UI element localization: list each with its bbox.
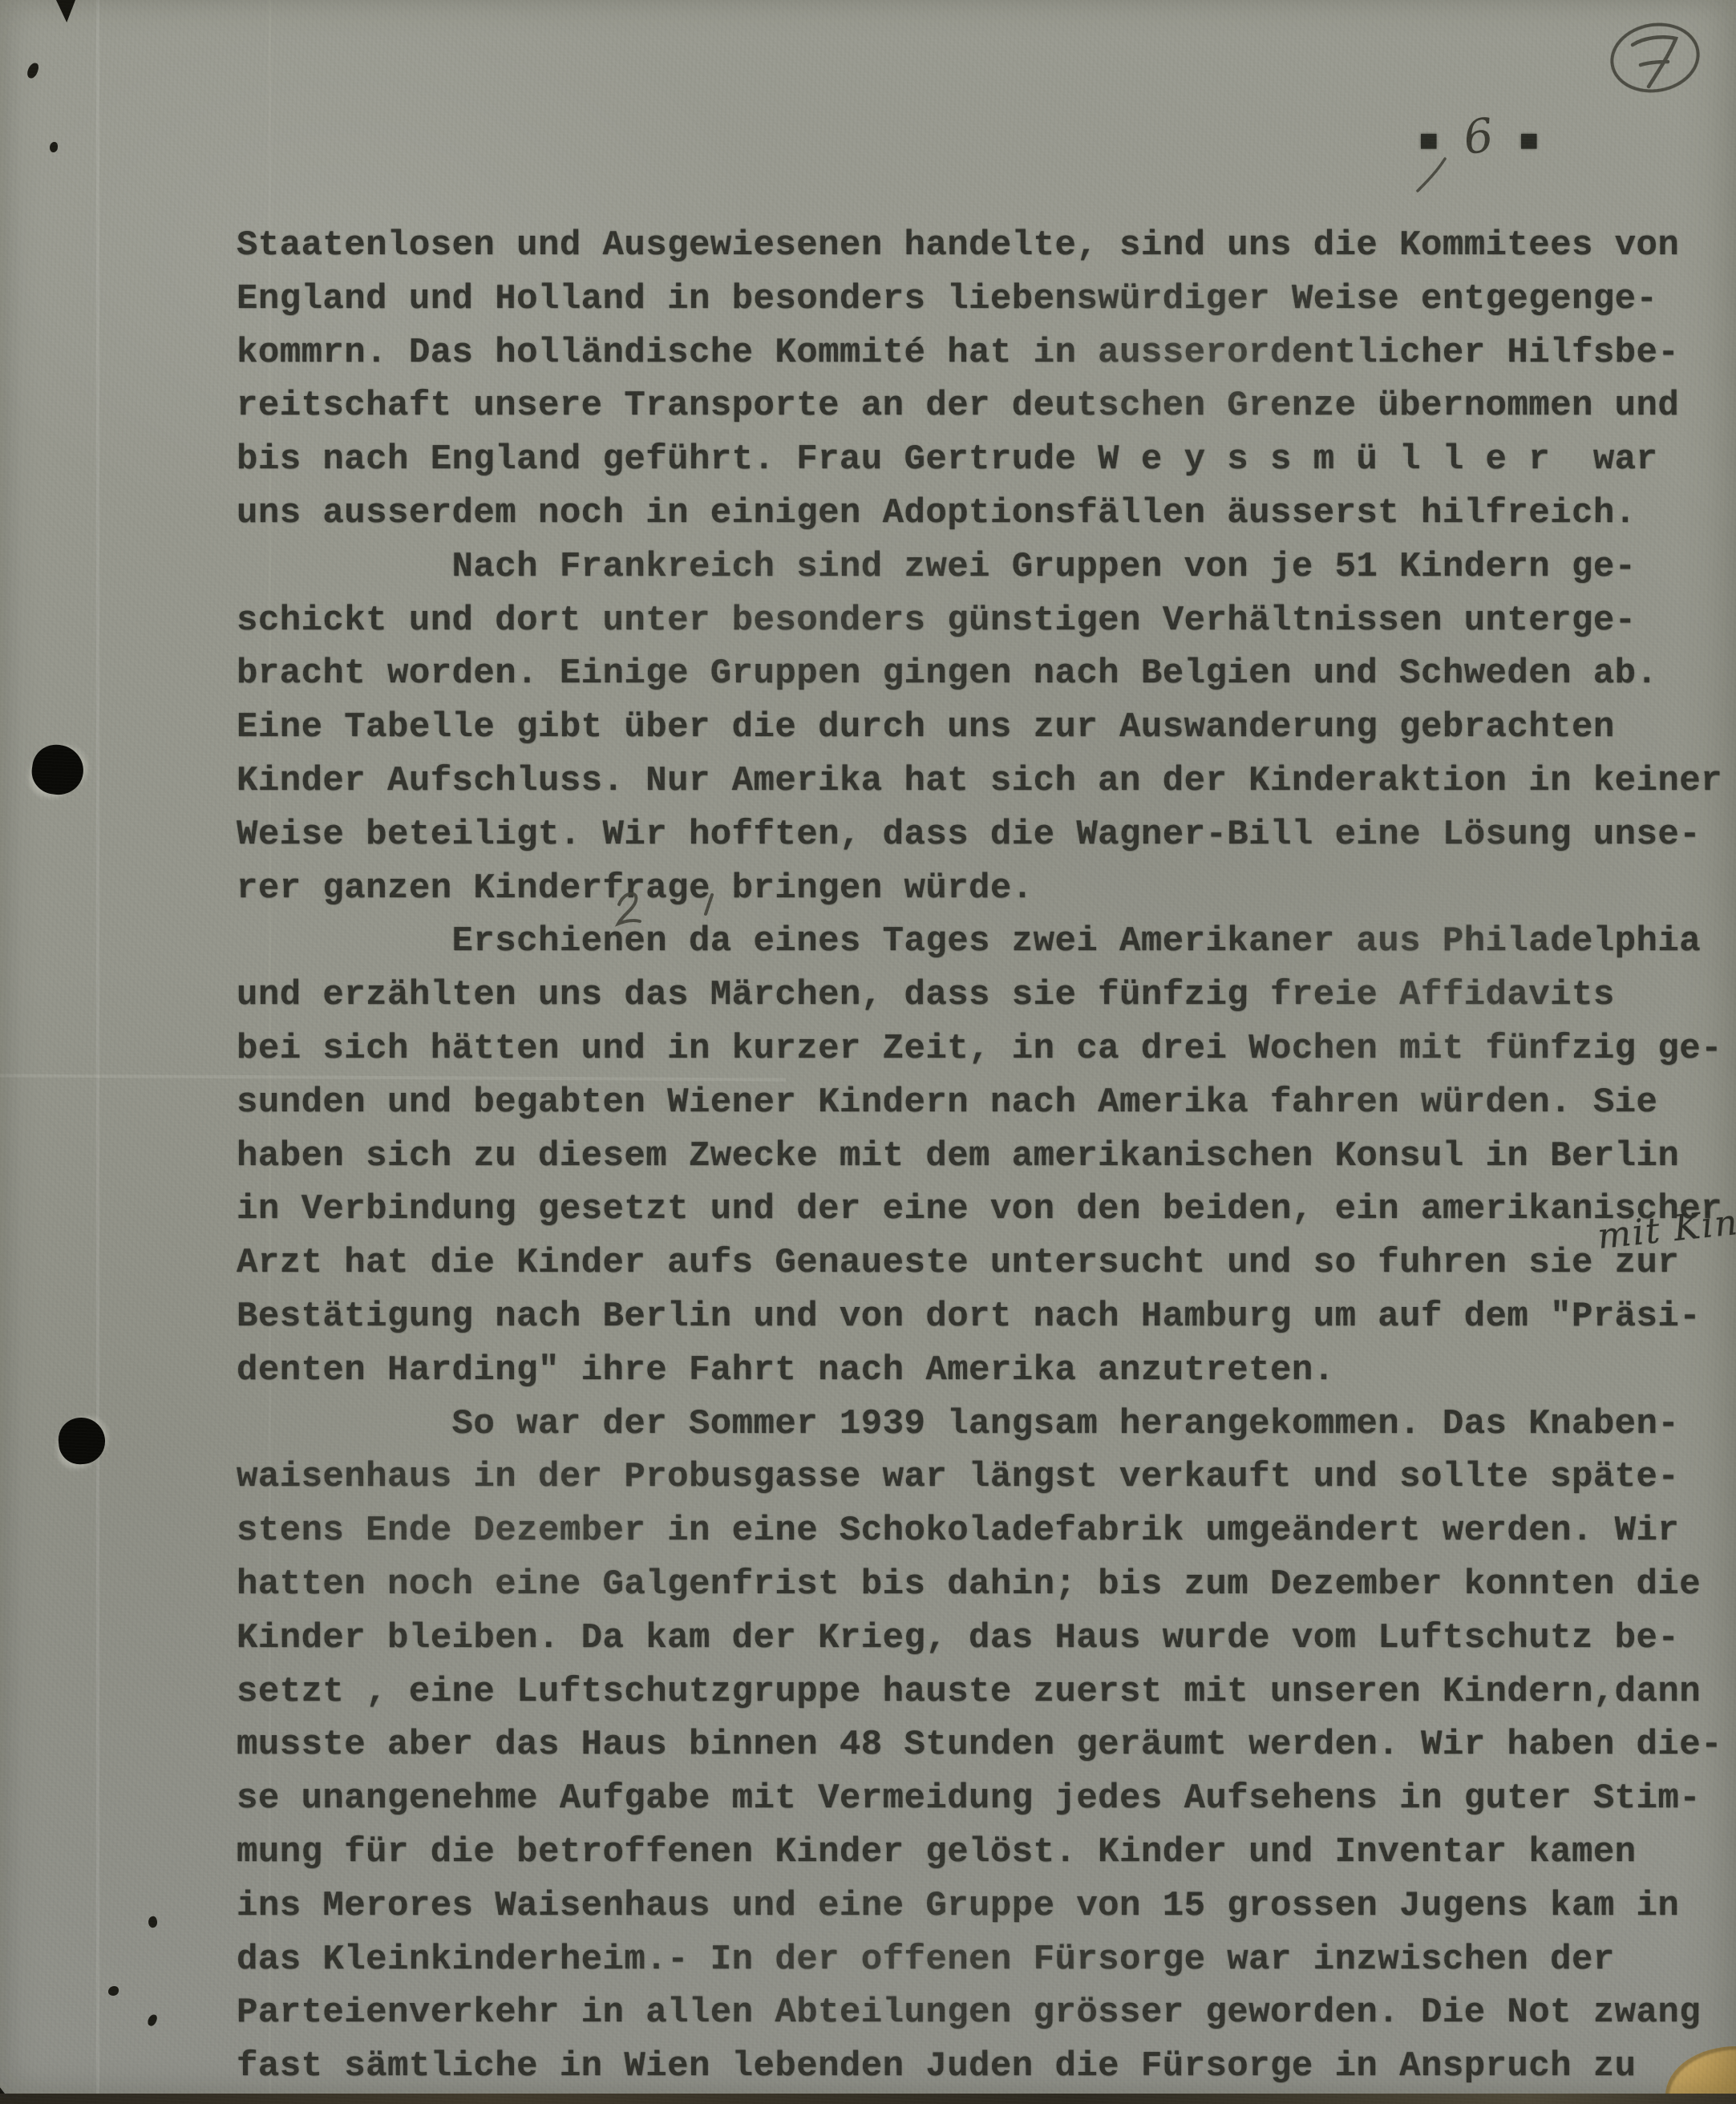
handwritten-seven (1633, 37, 1676, 87)
page-bottom-edge (0, 2094, 1736, 2104)
text-line: Arzt hat die Kinder aufs Genaueste unter… (237, 1236, 1736, 1290)
page-number-numeral: 6 (1460, 107, 1496, 165)
text-line: ins Merores Waisenhaus und eine Gruppe v… (237, 1879, 1736, 1933)
text-line: Kinder Aufschluss. Nur Amerika hat sich … (237, 755, 1736, 808)
paper-speck (148, 1916, 159, 1928)
handwritten-seven-crossbar (1641, 62, 1668, 65)
text-line: Bestätigung nach Berlin und von dort nac… (237, 1290, 1736, 1344)
paper-speck (50, 142, 58, 152)
paper-speck (26, 62, 40, 80)
circle-mark (1607, 18, 1704, 98)
document-page: { "page": { "paper_color": "#97988e", "i… (0, 0, 1736, 2104)
hole-punch-top (29, 742, 87, 798)
typewritten-text: Staatenlosen und Ausgewiesenen handelte,… (237, 219, 1736, 2094)
text-line: Kinder bleiben. Da kam der Krieg, das Ha… (237, 1612, 1736, 1665)
text-line: England und Holland in besonders liebens… (237, 273, 1736, 326)
text-line: uns ausserdem noch in einigen Adoptionsf… (237, 487, 1736, 540)
paper-speck (147, 2013, 159, 2028)
text-line: schickt und dort unter besonders günstig… (237, 594, 1736, 648)
text-line: setzt , eine Luftschutzgruppe hauste zue… (237, 1665, 1736, 1719)
text-line: rer ganzen Kinderfrage bringen würde. (237, 862, 1736, 916)
text-line: bis nach England geführt. Frau Gertrude … (237, 433, 1736, 487)
vertical-fold-line (96, 0, 99, 2104)
text-line: musste aber das Haus binnen 48 Stunden g… (237, 1718, 1736, 1772)
typed-page-number: - 6 - (1418, 114, 1540, 168)
top-edge-tear (56, 0, 75, 22)
text-line: se unangenehme Aufgabe mit Vermeidung je… (237, 1772, 1736, 1826)
text-line: reitschaft unsere Transporte an der deut… (237, 379, 1736, 433)
text-line: sunden und begabten Wiener Kindern nach … (237, 1076, 1736, 1130)
text-line: So war der Sommer 1939 langsam herangeko… (237, 1398, 1736, 1451)
page-number-left-dash: - (1412, 71, 1445, 212)
text-line: bracht worden. Einige Gruppen gingen nac… (237, 647, 1736, 701)
text-line: kommrn. Das holländische Kommité hat in … (237, 326, 1736, 380)
text-line: Weise beteiligt. Wir hofften, dass die W… (237, 808, 1736, 862)
text-line: Parteienverkehr in allen Abteilungen grö… (237, 1986, 1736, 2040)
text-line: fast sämtliche in Wien lebenden Juden di… (237, 2040, 1736, 2094)
text-line: waisenhaus in der Probusgasse war längst… (237, 1451, 1736, 1504)
text-line: denten Harding" ihre Fahrt nach Amerika … (237, 1344, 1736, 1398)
text-line: Staatenlosen und Ausgewiesenen handelte,… (237, 219, 1736, 273)
page-number-right-dash: - (1512, 71, 1545, 212)
text-line: in Verbindung gesetzt und der eine von d… (237, 1183, 1736, 1236)
text-line: haben sich zu diesem Zwecke mit dem amer… (237, 1130, 1736, 1183)
text-line: stens Ende Dezember in eine Schokoladefa… (237, 1504, 1736, 1558)
text-line: Eine Tabelle gibt über die durch uns zur… (237, 701, 1736, 755)
paper-speck (108, 1986, 119, 1996)
text-line: Nach Frankreich sind zwei Gruppen von je… (237, 540, 1736, 594)
text-line: bei sich hätten und in kurzer Zeit, in c… (237, 1022, 1736, 1076)
text-line: hatten noch eine Galgenfrist bis dahin; … (237, 1558, 1736, 1612)
text-line: das Kleinkinderheim.- In der offenen Für… (237, 1933, 1736, 1987)
text-line: mung für die betroffenen Kinder gelöst. … (237, 1826, 1736, 1879)
text-line: Erschienen da eines Tages zwei Amerikane… (237, 915, 1736, 969)
text-line: und erzählten uns das Märchen, dass sie … (237, 969, 1736, 1022)
